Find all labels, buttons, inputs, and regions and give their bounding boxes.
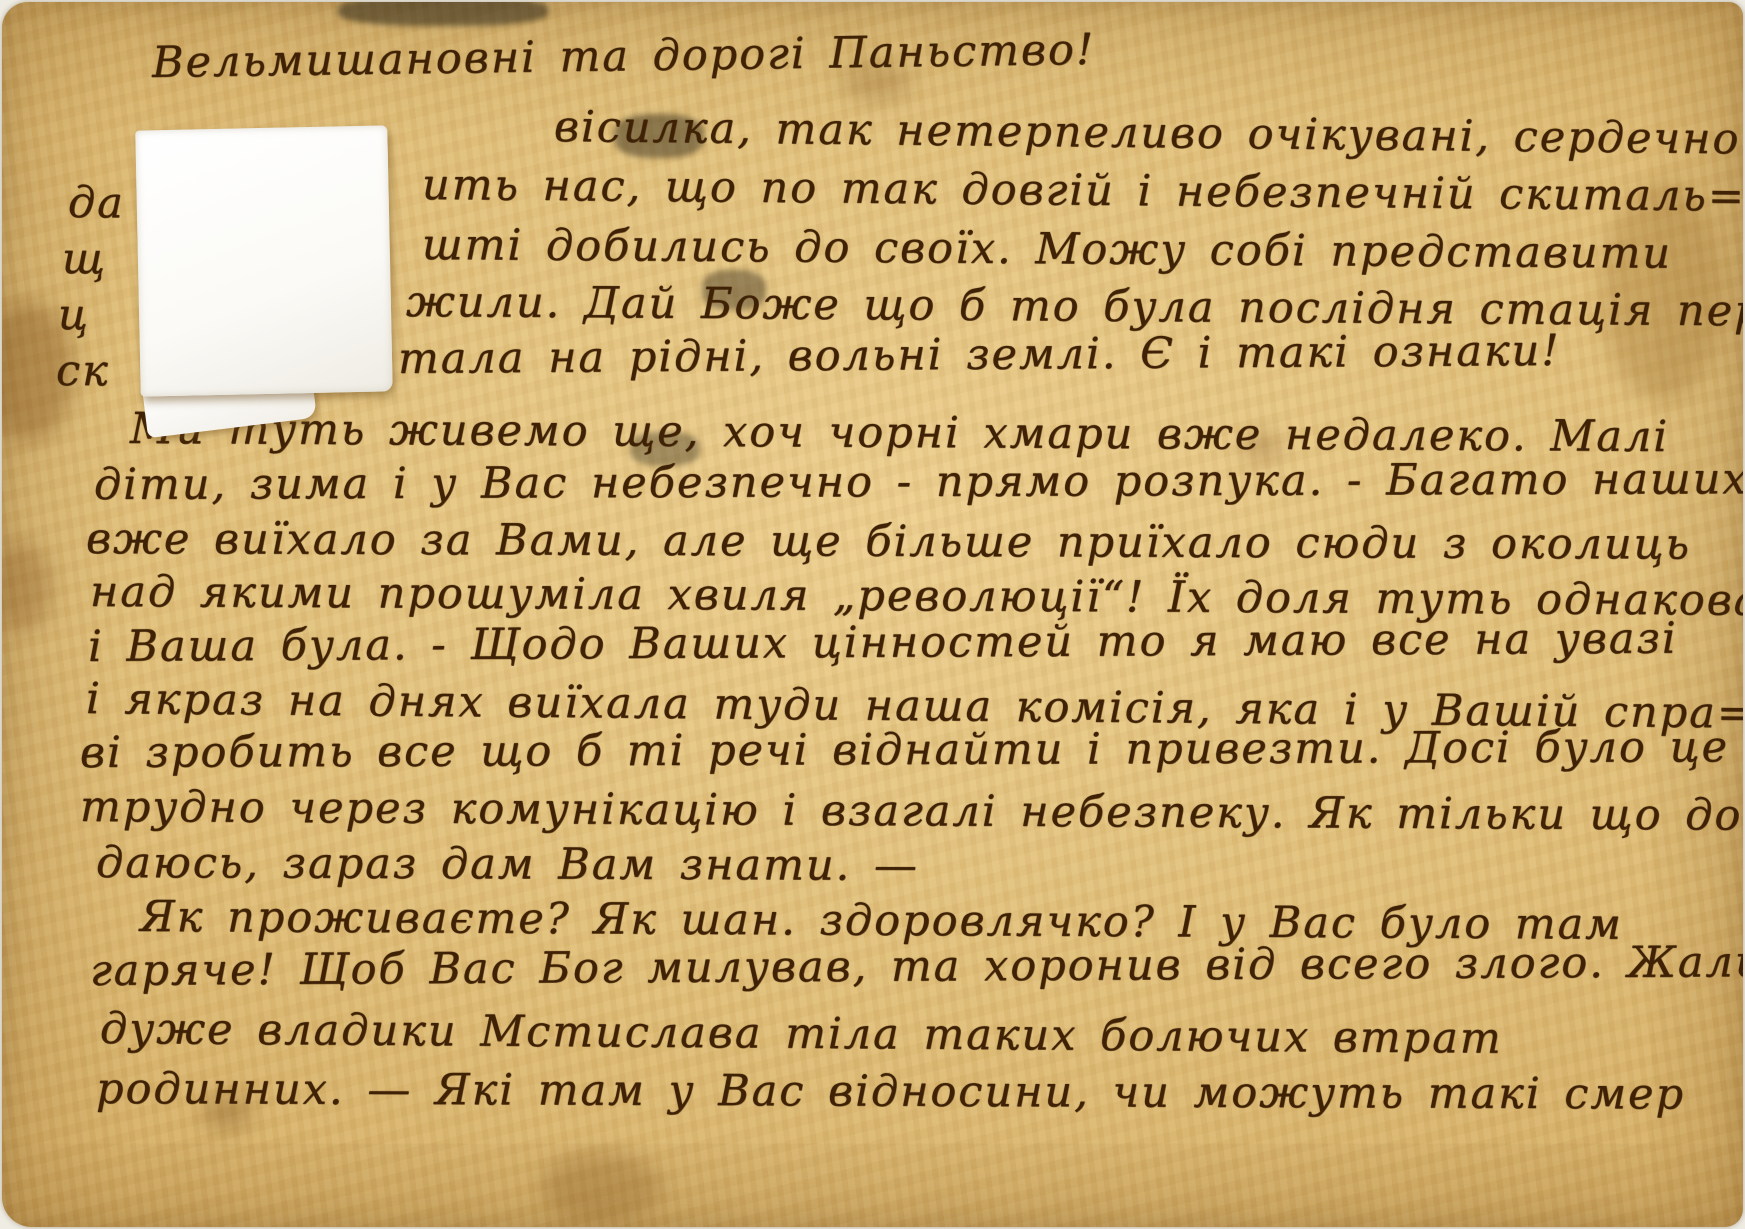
handwritten-line: вже виїхало за Вами, але ще більше приїх… [86,514,1691,570]
handwritten-line: Вельмишановні та дорогі Паньство! [152,25,1096,88]
handwritten-line: щ [62,234,107,284]
handwritten-line: ить нас, що по так довгій і небезпечній … [422,160,1743,222]
handwritten-line: Ми туть живемо ще, хоч чорні хмари вже н… [130,404,1669,462]
handwritten-line: діти, зима і у Вас небезпечно - прямо ро… [94,454,1743,510]
handwritten-line: вісилка, так нетерпеливо очікувані, серд… [554,102,1741,164]
scanned-postcard: Вельмишановні та дорогі Паньство!вісилка… [0,0,1745,1229]
handwritten-line: да [68,178,125,228]
handwritten-line: трудно через комунікацію і взагалі небез… [80,782,1743,841]
handwritten-line: і Ваша була. - Щодо Ваших цінностей то я… [88,614,1678,672]
handwritten-line: даюсь, зараз дам Вам знати. — [96,838,919,891]
paper-sticker [135,125,393,396]
handwritten-line: дуже владики Мстислава тіла таких болючи… [100,1004,1503,1064]
handwritten-line: ск [56,346,110,396]
handwritten-line: гаряче! Щоб Вас Бог милував, та хоронив … [90,937,1743,996]
postcard-paper: Вельмишановні та дорогі Паньство!вісилка… [2,2,1743,1227]
handwritten-line: тала на рідні, вольні землі. Є і такі оз… [398,326,1561,384]
handwritten-line: шті добились до своїх. Можу собі предста… [422,220,1672,279]
handwritten-line: ві зробить все що б ті речі віднайти і п… [80,722,1729,778]
handwritten-line: родинних. — Які там у Вас відносини, чи … [96,1064,1685,1120]
handwritten-line: ц [58,290,90,340]
